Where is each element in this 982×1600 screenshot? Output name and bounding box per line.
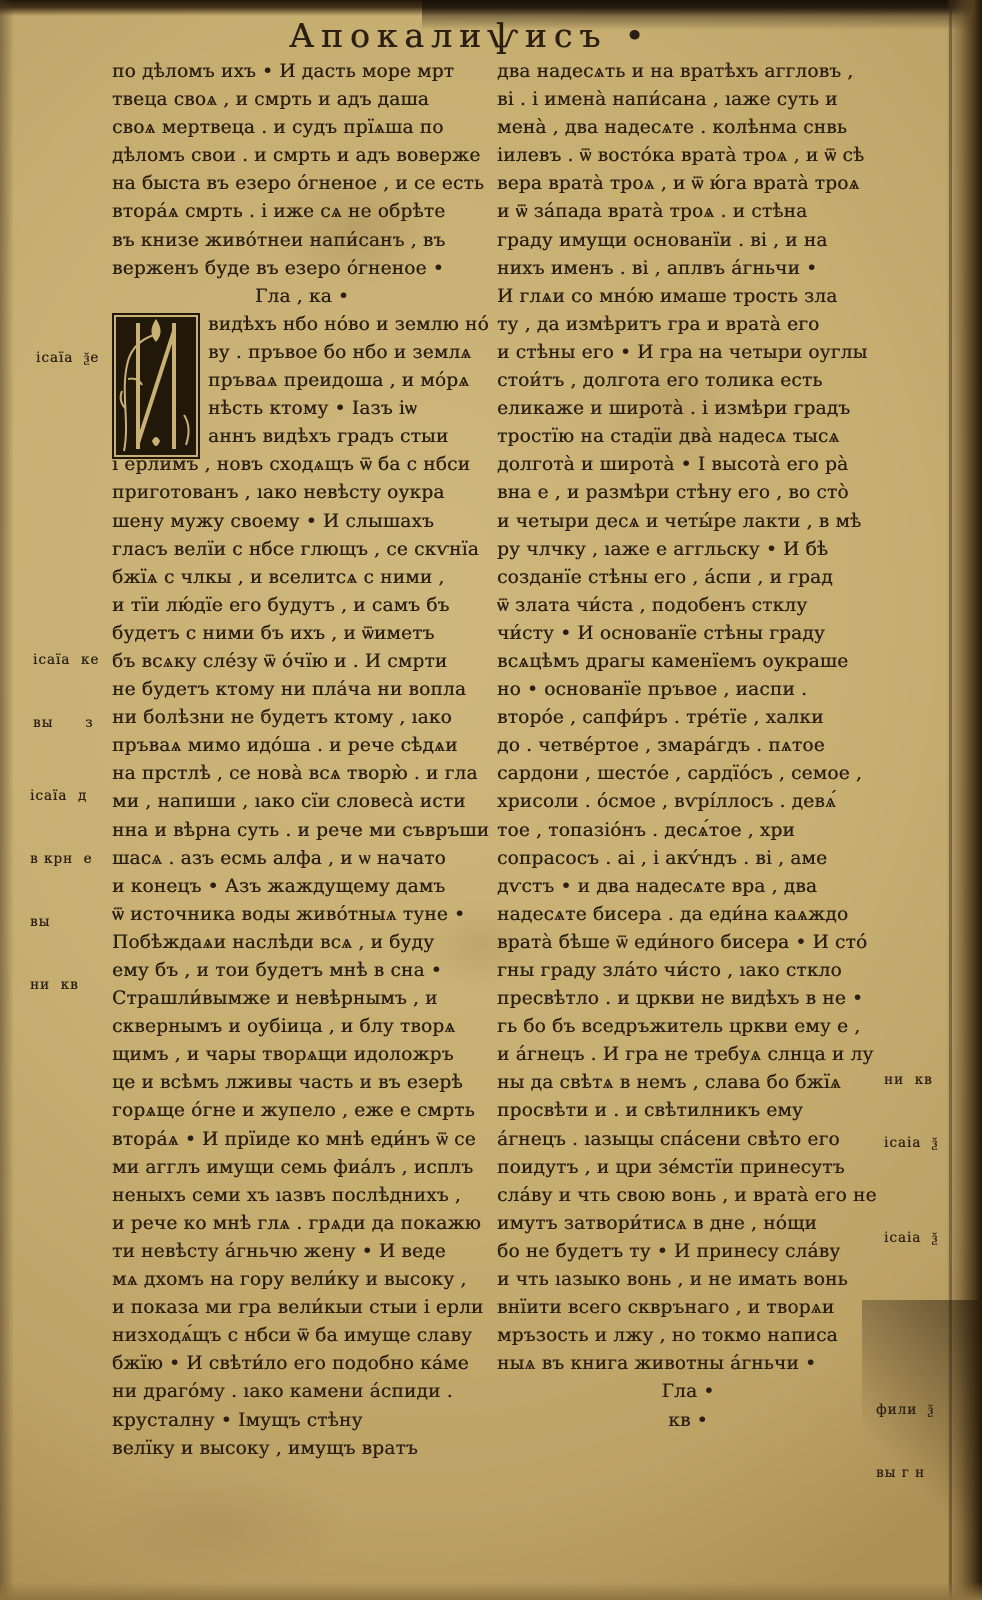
text-line: просвѣти и . и свѣтилникъ ему — [497, 1097, 879, 1125]
paper-stain — [90, 1470, 350, 1580]
text-line: тое , топазіо́нъ . десѧ́тое , хри — [497, 817, 879, 845]
right-column: два надесѧть и на вратѣхъ аггловъ , ві .… — [497, 58, 879, 1435]
text-line: горѧще о́гне и жупело , еже е смрть — [112, 1097, 492, 1125]
text-line: твеца своѧ , и смрть и адъ даша — [112, 86, 492, 114]
text-line: ту , да измѣритъ гра и врата̀ его — [497, 311, 879, 339]
text-line: мръзость и лжу , но токмо написа — [497, 1322, 879, 1350]
text-line: созданїе стѣны его , а́спи , и град — [497, 564, 879, 592]
margin-note: фили ѯ вы г н — [876, 1358, 934, 1526]
text-line: надесѧте бисера . да еди́на каѧждо — [497, 901, 879, 929]
text-line: ни болѣзни не будетъ ктому , ıако — [112, 704, 492, 732]
text-line: ми агглъ имущи семь фиа́лъ , исплъ — [112, 1154, 492, 1182]
text-line: ѿ злата чи́ста , подобенъ стклу — [497, 592, 879, 620]
margin-note: ісаїа д в крн е вы ни кв — [30, 744, 93, 1038]
margin-note-line: ни кв — [30, 975, 93, 996]
text-line: по дѣломъ ихъ • И дасть море мрт — [112, 58, 492, 86]
text-line: и стѣны его • И гра на четыри оуглы — [497, 339, 879, 367]
text-line: Побѣждаѧи наслѣди всѧ , и буду — [112, 929, 492, 957]
text-line: и четыри десѧ и четы́ре лакти , в мѣ — [497, 508, 879, 536]
text-line: ми , напиши , ıако сїи словеса̀ исти — [112, 788, 492, 816]
page-edge-bottom — [0, 1582, 982, 1600]
text-line: крусталну • Імущъ стѣну — [112, 1407, 492, 1435]
text-line: всѧцѣмъ драгы каменїемъ оукраше — [497, 648, 879, 676]
margin-note: ісаіа ѯ — [884, 1186, 938, 1291]
text-line: стои́тъ , долгота его толика есть — [497, 367, 879, 395]
text-line: до . четве́ртое , змара́гдъ . пѧтое — [497, 732, 879, 760]
text-line: на быста въ езеро о́гненое , и се есть — [112, 170, 492, 198]
text-line: ти невѣсту а́гньчю жену • И веде — [112, 1238, 492, 1266]
text-line: ныѧ въ книга животны а́гньчи • — [497, 1350, 879, 1378]
margin-note-line: ісаіа ѯ — [884, 1133, 938, 1154]
text-line: нѣсть ктому • Іазъ іѡ — [208, 395, 492, 423]
text-line: щимъ , и чары творѧщи идоложръ — [112, 1041, 492, 1069]
text-line: второ́е , сапфи́ръ . тре́тїе , халки — [497, 704, 879, 732]
text-line: аннъ видѣхъ градъ стыи — [208, 423, 492, 451]
text-line: бжїѧ с члкы , и вселитсѧ с ними , — [112, 564, 492, 592]
text-line: ни драго́му . ıако камени а́спиди . — [112, 1378, 492, 1406]
text-line: врата̀ бѣше ѿ еди́ного бисера • И сто́ — [497, 929, 879, 957]
text-line: на прстлѣ , се нова̀ всѧ творю̀ . и гла — [112, 760, 492, 788]
text-line: бжїю • И свѣти́ло его подобно ка́ме — [112, 1350, 492, 1378]
text-line: и конецъ • Азъ жаждущему дамъ — [112, 873, 492, 901]
text-line: гны граду зла́то чи́сто , ıако сткло — [497, 957, 879, 985]
text-line: вера врата̀ троѧ , и ѿ ю́га врата̀ троѧ — [497, 170, 879, 198]
text-line: чи́сту • И основанїе стѣны граду — [497, 620, 879, 648]
margin-note-line: ісаїа ѯе — [36, 348, 99, 369]
text-line: долгота̀ и широта̀ • І высота̀ его ра̀ — [497, 451, 879, 479]
text-line: граду имущи основанїи . ві , и на — [497, 227, 879, 255]
text-line: и чть ıазыко вонь , и не имать вонь — [497, 1266, 879, 1294]
left-column: по дѣломъ ихъ • И дасть море мрт твеца с… — [112, 58, 492, 1463]
text-line: видѣхъ нбо но́во и землю но́ — [208, 311, 492, 339]
margin-note-line: ісаїа ке — [33, 650, 99, 671]
margin-note-line: вы г н — [876, 1463, 934, 1484]
text-line: сардони , шесто́е , сардїо́съ , семое , — [497, 760, 879, 788]
text-line: Страшли́вымже и невѣрнымъ , и — [112, 985, 492, 1013]
text-line: мѧ дхомъ на гору вели́ку и высоку , — [112, 1266, 492, 1294]
text-line: и а́гнецъ . И гра не требуѧ слнца и лу — [497, 1041, 879, 1069]
text-line: имутъ затвори́тисѧ в дне , но́щи — [497, 1210, 879, 1238]
text-line: ѿ источника воды живо́тныѧ туне • — [112, 901, 492, 929]
running-title: Апокалиѱисъ • — [0, 16, 940, 55]
text-line: шасѧ . азъ есмь алфа , и ѡ начато — [112, 845, 492, 873]
text-line: своѧ мертвеца . и судъ прїѧша по — [112, 114, 492, 142]
text-line: шену мужу своему • И слышахъ — [112, 508, 492, 536]
margin-note-line: фили ѯ — [876, 1400, 934, 1421]
text-line: дѣломъ свои . и смрть и адъ воверже — [112, 142, 492, 170]
chapter-heading: Гла • — [497, 1378, 879, 1406]
text-line: внїити всего скврънаго , и творѧи — [497, 1294, 879, 1322]
initial-block: видѣхъ нбо но́во и землю но́ ву . пръвое… — [112, 311, 492, 451]
text-line: велїку и высоку , имущъ вратъ — [112, 1435, 492, 1463]
text-line: хрисоли . о́смое , вѵрі́ллосъ . девѧ́ — [497, 788, 879, 816]
text-line: и рече ко мнѣ глѧ . грѧди да покажю — [112, 1210, 492, 1238]
text-line: гь бо бъ вседръжитель цркви ему е , — [497, 1013, 879, 1041]
text-line: сопрасосъ . аі , і акѵ́ндъ . ві , аме — [497, 845, 879, 873]
text-line: два надесѧть и на вратѣхъ аггловъ , — [497, 58, 879, 86]
text-line: ны да свѣтѧ в немъ , слава бо бжїѧ — [497, 1069, 879, 1097]
text-line: ві . і имена̀ напи́сана , ıаже суть и — [497, 86, 879, 114]
text-line: сквернымъ и оубіица , и блу творѧ — [112, 1013, 492, 1041]
text-line: ему бъ , и тои будетъ мнѣ в сна • — [112, 957, 492, 985]
text-line: а́гнецъ . ıазыцы спа́сени свѣто его — [497, 1126, 879, 1154]
text-line: іилевъ . ѿ восто́ка врата̀ троѧ , и ѿ сѣ — [497, 142, 879, 170]
text-line: гласъ велїи с нбсе глющъ , се скѵнїа — [112, 536, 492, 564]
chapter-number: кв • — [497, 1407, 879, 1435]
text-line: ву . пръвое бо нбо и землѧ — [208, 339, 492, 367]
text-line: дѵстъ • и два надесѧте вра , два — [497, 873, 879, 901]
text-line: верженъ буде въ езеро о́гненое • — [112, 255, 492, 283]
text-line: вна е , и размѣри стѣну его , во сто̀ — [497, 479, 879, 507]
text-line: пръваѧ мимо идо́ша . и рече сѣдѧи — [112, 732, 492, 760]
text-line: и тїи лю́дїе его будутъ , и самъ бъ — [112, 592, 492, 620]
margin-note-line: вы — [30, 912, 93, 933]
text-line: втора́ѧ смрть . і иже сѧ не обрѣте — [112, 198, 492, 226]
text-line: пръваѧ преидоша , и мо́рѧ — [208, 367, 492, 395]
margin-note-line: ни кв — [884, 1070, 938, 1091]
margin-note-line: ісаіа ѯ — [884, 1228, 938, 1249]
text-line: И глѧи со мно́ю имаше трость зла — [497, 283, 879, 311]
text-line: нна и вѣрна суть . и рече ми съвръши — [112, 817, 492, 845]
chapter-heading: Гла , ка • — [112, 283, 492, 311]
ornamental-initial-izhe — [112, 313, 200, 459]
margin-note-line: ісаїа д — [30, 786, 93, 807]
margin-note-line: вы з — [33, 713, 99, 734]
text-line: и ѿ за́пада врата̀ троѧ . и стѣна — [497, 198, 879, 226]
page-edge-left — [0, 0, 14, 1600]
text-line: ру члчку , ıаже е аггльску • И бѣ — [497, 536, 879, 564]
text-line: це и всѣмъ лживы часть и въ езерѣ — [112, 1069, 492, 1097]
text-line: бо не будетъ ту • И принесу сла́ву — [497, 1238, 879, 1266]
text-line: но • основанїе пръвое , иаспи . — [497, 676, 879, 704]
margin-note: ісаїа ѯе — [36, 306, 99, 411]
margin-note-line: в крн е — [30, 849, 93, 870]
text-line: не будетъ ктому ни пла́ча ни вопла — [112, 676, 492, 704]
text-line: мена̀ , два надесѧте . колѣнма снвь — [497, 114, 879, 142]
text-line: бъ всѧку сле́зу ѿ о́чїю и . И смрти — [112, 648, 492, 676]
text-line: еликаже и широта̀ . і измѣри градъ — [497, 395, 879, 423]
text-line: неныхъ семи хъ ıазвъ послѣднихъ , — [112, 1182, 492, 1210]
text-line: втора́ѧ • И прїиде ко мнѣ еди́нъ ѿ се — [112, 1126, 492, 1154]
text-line: пресвѣтло . и цркви не видѣхъ в не • — [497, 985, 879, 1013]
text-line: будетъ с ними бъ ихъ , и ѿиметъ — [112, 620, 492, 648]
text-line: нихъ именъ . ві , аплвъ а́гньчи • — [497, 255, 879, 283]
text-line: сла́ву и чть свою вонь , и врата̀ его не — [497, 1182, 879, 1210]
text-line: поидутъ , и цри зе́мстїи принесутъ — [497, 1154, 879, 1182]
margin-note: ни кв ісаіа ѯ — [884, 1028, 938, 1196]
text-line: низходѧ́щъ с нбси ѿ ба имуще славу — [112, 1322, 492, 1350]
text-line: въ книзе живо́тнеи напи́санъ , въ — [112, 227, 492, 255]
book-page: Апокалиѱисъ • по дѣломъ ихъ • И дасть мо… — [0, 0, 982, 1600]
text-line: приготованъ , ıако невѣсту оукра — [112, 479, 492, 507]
text-line: и показа ми гра вели́кыи стыи і ерли — [112, 1294, 492, 1322]
text-line: тростїю на стадїи два̀ надесѧ тысѧ — [497, 423, 879, 451]
